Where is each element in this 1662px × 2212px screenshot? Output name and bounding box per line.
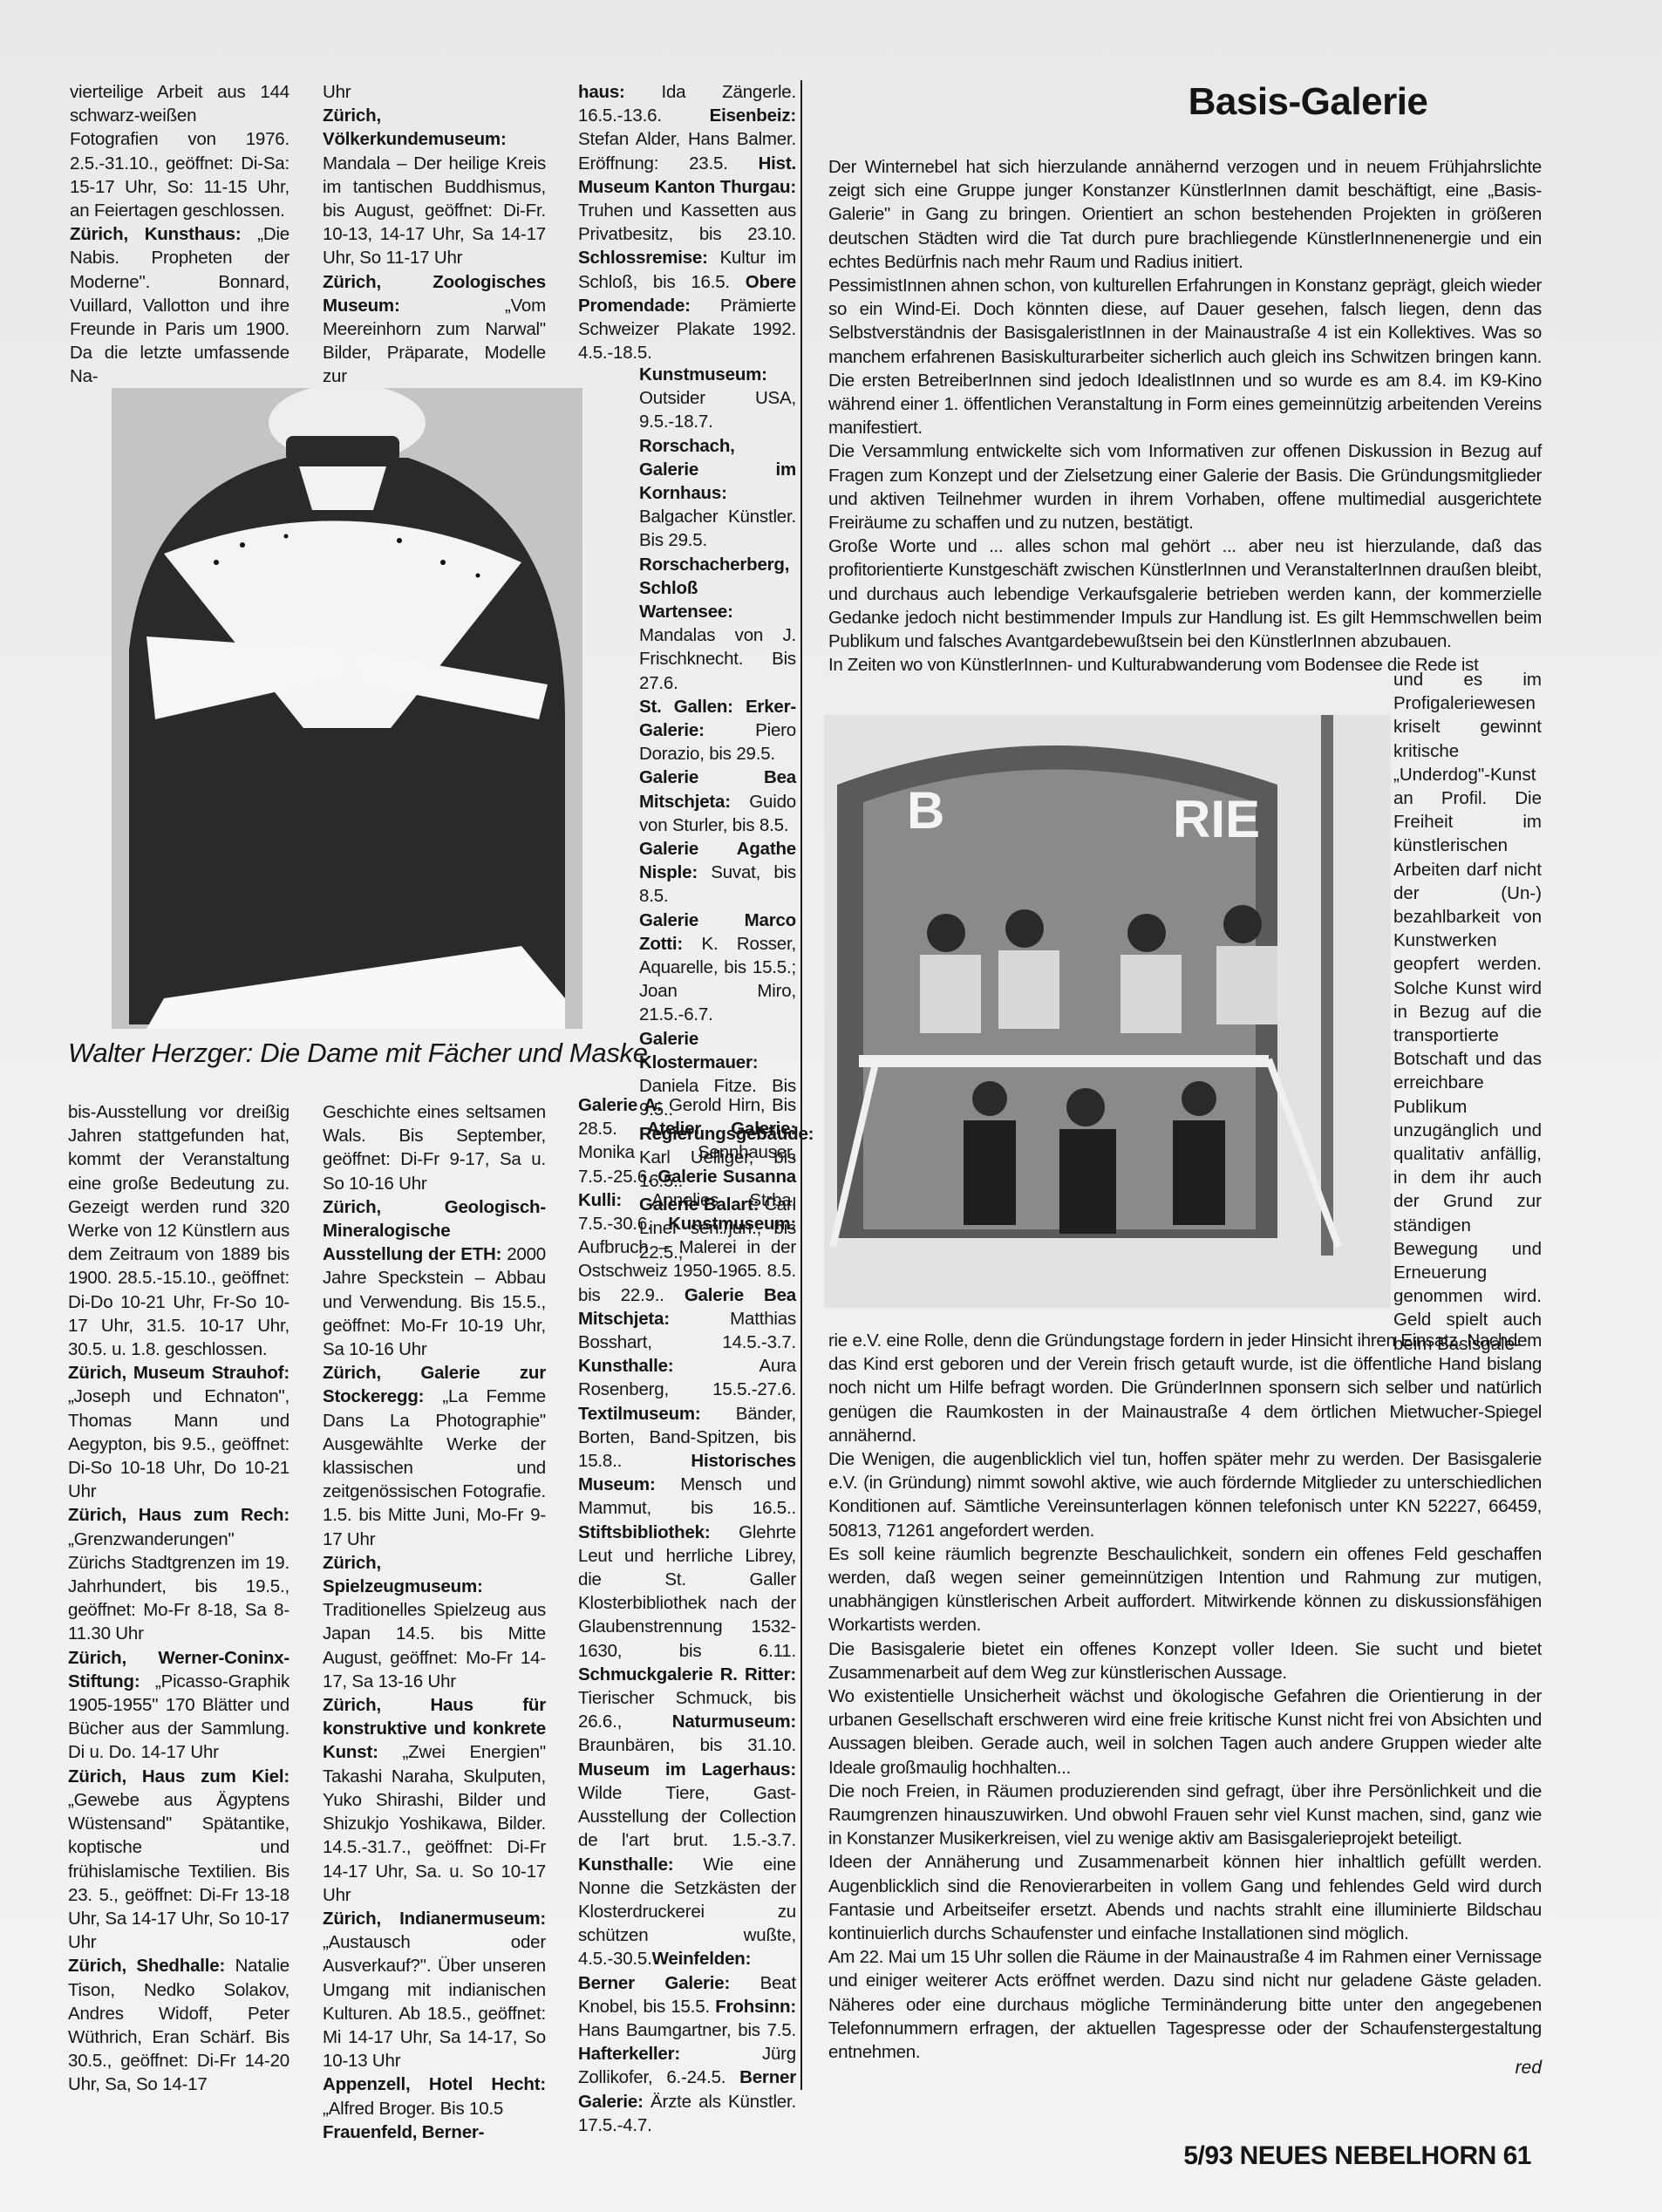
group-photo: B RIE bbox=[824, 715, 1391, 1308]
listing-venue: Galerie Klostermauer: bbox=[639, 1029, 758, 1072]
listing-entry: vierteilige Arbeit aus 144 schwarz-weiße… bbox=[70, 80, 289, 222]
listing-venue: Stiftsbibliothek: bbox=[578, 1522, 710, 1542]
article-paragraph: Die Basisgalerie bietet ein offenes Konz… bbox=[828, 1637, 1542, 1685]
listing-entry: Zürich, Zoologisches Museum: „Vom Meerei… bbox=[323, 270, 546, 389]
listing-venue: Zürich, Museum Strauhof: bbox=[68, 1363, 289, 1383]
listing-entry: Uhr bbox=[323, 80, 546, 104]
article-paragraph: PessimistInnen ahnen schon, von kulturel… bbox=[828, 274, 1542, 439]
listing-venue: Zürich, Geologisch-Mineralogische Ausste… bbox=[323, 1197, 546, 1264]
article-paragraph: Die noch Freien, in Räumen produzierende… bbox=[828, 1780, 1542, 1851]
listing-venue: Zürich, Galerie zur Stockeregg: bbox=[323, 1363, 546, 1406]
article-paragraph: rie e.V. eine Rolle, denn die Gründungst… bbox=[828, 1329, 1542, 1447]
listing-venue: haus: bbox=[578, 82, 625, 102]
listing-entry: Zürich, Kunsthaus: „Die Nabis. Propheten… bbox=[70, 222, 289, 388]
listings-column-3-bottom: Galerie A: Gerold Hirn, Bis 28.5. Atelie… bbox=[578, 1093, 796, 2137]
listing-venue: Naturmuseum: bbox=[672, 1712, 796, 1732]
listing-entry: Zürich, Spielzeugmuseum: Traditionelles … bbox=[323, 1551, 546, 1693]
listing-entry: Zürich, Haus zum Rech: „Grenzwanderungen… bbox=[68, 1503, 289, 1645]
listing-venue: Zürich, Haus zum Rech: bbox=[68, 1505, 289, 1525]
listing-entry: Zürich, Haus zum Kiel: „Gewebe aus Ägypt… bbox=[68, 1765, 289, 1955]
listing-entry: Zürich, Shedhalle: Natalie Tison, Nedko … bbox=[68, 1954, 289, 2096]
listing-entry: Zürich, Museum Strauhof: „Joseph und Ech… bbox=[68, 1361, 289, 1503]
listing-entry: Zürich, Indianermuseum: „Austausch oder … bbox=[323, 1907, 546, 2072]
listing-venue: Zürich, Spielzeugmuseum: bbox=[323, 1553, 483, 1596]
listing-venue: Rorschacherberg, Schloß Wartensee: bbox=[639, 555, 789, 622]
listing-venue: Kunsthalle: bbox=[578, 1356, 673, 1376]
article-paragraph: Am 22. Mai um 15 Uhr sollen die Räume in… bbox=[828, 1945, 1542, 2064]
listing-venue: Zürich, Indianermuseum: bbox=[323, 1909, 546, 1929]
listing-entry: Rorschacherberg, Schloß Wartensee: Manda… bbox=[639, 553, 796, 695]
listing-entry: Kunsthalle: Aura Rosenberg, 15.5.-27.6. bbox=[578, 1356, 796, 1399]
listing-venue: Zürich, Werner-Coninx-Stiftung: bbox=[68, 1648, 289, 1691]
listings-column-1-bottom: bis-Ausstellung vor dreißig Jahren statt… bbox=[68, 1100, 289, 2097]
author-signature: red bbox=[1516, 2058, 1542, 2079]
listing-venue: Textilmuseum: bbox=[578, 1404, 701, 1424]
article-side-text: und es im Profigaleriewesen kriselt gewi… bbox=[1393, 668, 1542, 1356]
listing-venue: Zürich, Haus für konstruktive und konkre… bbox=[323, 1695, 546, 1762]
listing-venue: Galerie Agathe Nisple: bbox=[639, 839, 796, 882]
article-paragraph: Wo existentielle Unsicherheit wächst und… bbox=[828, 1685, 1542, 1780]
listing-venue: Zürich, Haus zum Kiel: bbox=[68, 1766, 289, 1787]
listing-venue: Galerie Bea Mitschjeta: bbox=[639, 767, 796, 811]
article-paragraph: Es soll keine räumlich begrenzte Beschau… bbox=[828, 1542, 1542, 1637]
listing-entry: Zürich, Werner-Coninx-Stiftung: „Picasso… bbox=[68, 1646, 289, 1765]
listing-entry: St. Gallen: Erker-Galerie: Piero Dorazio… bbox=[639, 695, 796, 766]
listing-entry: Stiftsbibliothek: Glehrte Leut und herrl… bbox=[578, 1522, 796, 1661]
svg-text:B: B bbox=[907, 781, 944, 840]
listing-venue: Atelier Galerie: bbox=[647, 1119, 796, 1139]
listings-column-2-top: UhrZürich, Völkerkundemuseum: Mandala – … bbox=[323, 80, 546, 389]
listing-venue: Galerie A: bbox=[578, 1095, 662, 1115]
listing-venue: Schmuckgalerie R. Ritter: bbox=[578, 1664, 796, 1685]
listing-entry: Zürich, Völkerkundemuseum: Mandala – Der… bbox=[323, 104, 546, 269]
painting-lady-with-fan-and-mask-icon bbox=[112, 388, 582, 1029]
article-paragraph: Der Winternebel hat sich hierzulande ann… bbox=[828, 155, 1542, 274]
listing-entry: bis-Ausstellung vor dreißig Jahren statt… bbox=[68, 1100, 289, 1361]
listing-venue: Appenzell, Hotel Hecht: bbox=[323, 2074, 546, 2094]
listing-venue: St. Gallen: Erker-Galerie: bbox=[639, 697, 796, 740]
listing-entry: Appenzell, Hotel Hecht: „Alfred Broger. … bbox=[323, 2072, 546, 2120]
listing-venue: Kunsthalle: bbox=[578, 1855, 673, 1875]
listing-venue: Zürich, Völkerkundemuseum: bbox=[323, 105, 507, 149]
article-paragraph: Ideen der Annäherung und Zusammenarbeit … bbox=[828, 1850, 1542, 1945]
listing-venue: Rorschach, Galerie im Kornhaus: bbox=[639, 436, 796, 503]
listings-column-3-top: haus: Ida Zängerle. 16.5.-13.6. Eisenbei… bbox=[578, 80, 796, 364]
listing-venue: Kunstmuseum: bbox=[639, 364, 767, 385]
listing-entry: Zürich, Haus für konstruktive und konkre… bbox=[323, 1693, 546, 1907]
listing-venue: Frauenfeld, Berner- bbox=[323, 2122, 484, 2142]
listing-entry: Geschichte eines seltsamen Wals. Bis Sep… bbox=[323, 1100, 546, 1195]
listing-entry: Zürich, Geologisch-Mineralogische Ausste… bbox=[323, 1195, 546, 1361]
article-body-top: Der Winternebel hat sich hierzulande ann… bbox=[828, 155, 1542, 677]
listing-venue: Galerie Marco Zotti: bbox=[639, 910, 796, 954]
listing-entry: Galerie Agathe Nisple: Suvat, bis 8.5. bbox=[639, 837, 796, 909]
listings-column-2-bottom: Geschichte eines seltsamen Wals. Bis Sep… bbox=[323, 1100, 546, 2144]
listing-entry: Museum im Lagerhaus: Wilde Tiere, Gast-A… bbox=[578, 1759, 796, 1851]
listing-venue: Kunstmuseum: bbox=[668, 1214, 796, 1234]
article-paragraph: Große Worte und ... alles schon mal gehö… bbox=[828, 534, 1542, 653]
page-footer: 5/93 NEUES NEBELHORN 61 bbox=[1183, 2141, 1531, 2171]
listing-venue: Zürich, Zoologisches Museum: bbox=[323, 272, 546, 316]
article-title: Basis-Galerie bbox=[1064, 80, 1552, 124]
article-paragraph: Die Versammlung entwickelte sich vom Inf… bbox=[828, 439, 1542, 534]
listing-venue: Zürich, Shedhalle: bbox=[68, 1956, 225, 1976]
group-photo-basis-galerie-icon: B RIE bbox=[824, 715, 1391, 1308]
listing-entry: Frauenfeld, Berner- bbox=[323, 2120, 546, 2144]
article-body-bottom: rie e.V. eine Rolle, denn die Gründungst… bbox=[828, 1329, 1542, 2064]
painting-image bbox=[112, 388, 582, 1029]
listing-entry: Kunstmuseum: Outsider USA, 9.5.-18.7. bbox=[639, 363, 796, 434]
magazine-page: vierteilige Arbeit aus 144 schwarz-weiße… bbox=[0, 0, 1662, 2212]
svg-text:RIE: RIE bbox=[1173, 790, 1260, 848]
listing-venue: Schlossremise: bbox=[578, 248, 708, 268]
listing-entry: Galerie Marco Zotti: K. Rosser, Aquarell… bbox=[639, 909, 796, 1027]
listing-venue: Eisenbeiz: bbox=[710, 105, 796, 126]
listing-venue: Frohsinn: bbox=[715, 1997, 796, 2017]
listing-venue: Hafterkeller: bbox=[578, 2044, 680, 2064]
article-paragraph: Die Wenigen, die augenblicklich viel tun… bbox=[828, 1447, 1542, 1542]
column-divider bbox=[800, 80, 802, 2090]
painting-caption: Walter Herzger: Die Dame mit Fächer und … bbox=[68, 1038, 648, 1069]
listing-entry: Zürich, Galerie zur Stockeregg: „La Femm… bbox=[323, 1361, 546, 1551]
listing-entry: Galerie Bea Mitschjeta: Guido von Sturle… bbox=[639, 766, 796, 837]
listings-column-1-top: vierteilige Arbeit aus 144 schwarz-weiße… bbox=[70, 80, 289, 389]
listing-entry: Rorschach, Galerie im Kornhaus: Balgache… bbox=[639, 434, 796, 553]
listing-venue: Zürich, Kunsthaus: bbox=[70, 224, 241, 244]
listing-venue: Museum im Lagerhaus: bbox=[578, 1759, 796, 1780]
